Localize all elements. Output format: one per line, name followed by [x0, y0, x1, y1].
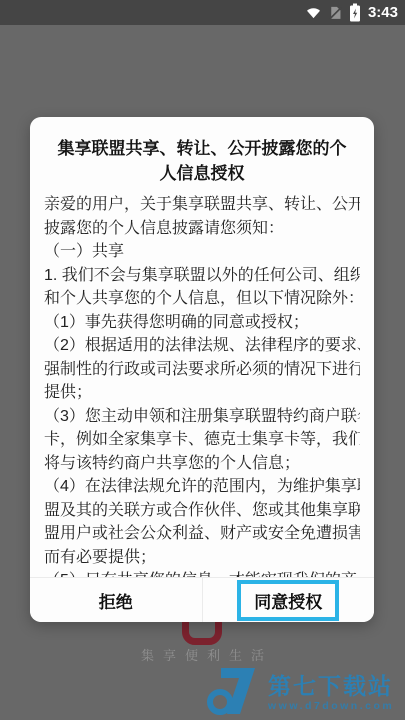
- status-bar: 3:43: [0, 0, 405, 25]
- agree-button[interactable]: 同意授权: [203, 578, 375, 622]
- dialog-body-text[interactable]: 亲爱的用户，关于集享联盟共享、转让、公开披露您的个人信息披露请您须知：（一）共享…: [30, 185, 374, 577]
- policy-text-line: 将与该特约商户共享您的个人信息；: [44, 452, 360, 476]
- policy-text-line: （4）在法律法规允许的范围内，为维护集享联: [44, 475, 360, 499]
- agree-button-label: 同意授权: [254, 588, 322, 613]
- privacy-consent-dialog: 集享联盟共享、转让、公开披露您的个人信息授权 亲爱的用户，关于集享联盟共享、转让…: [30, 117, 374, 622]
- policy-text-line: 强制性的行政或司法要求所必须的情况下进行: [44, 358, 360, 382]
- reject-button[interactable]: 拒绝: [30, 578, 203, 622]
- dialog-title: 集享联盟共享、转让、公开披露您的个人信息授权: [30, 117, 374, 186]
- policy-text-line: 亲爱的用户，关于集享联盟共享、转让、公开: [44, 193, 360, 217]
- policy-text-line: 盟用户或社会公众利益、财产或安全免遭损害: [44, 522, 360, 546]
- policy-text-line: （5）只有共享您的信息，才能实现我们的产: [44, 569, 360, 577]
- policy-text-line: 卡，例如全家集享卡、德克士集享卡等，我们: [44, 428, 360, 452]
- battery-charging-icon: [349, 3, 361, 22]
- dialog-button-bar: 拒绝 同意授权: [30, 577, 374, 622]
- watermark-site-name: 第七下载站: [268, 675, 394, 698]
- d7down-logo-icon: [205, 666, 261, 720]
- app-slogan: 集享便利生活: [0, 645, 405, 664]
- policy-text-line: 提供；: [44, 381, 360, 405]
- app-screen: 3:43 集享便利生活 第七下载站 www.d7down.com 集享联盟共享、…: [0, 0, 405, 720]
- wifi-icon: [305, 4, 322, 21]
- watermark: 第七下载站 www.d7down.com: [205, 666, 394, 720]
- policy-text-line: （3）您主动申领和注册集享联盟特约商户联名: [44, 405, 360, 429]
- agree-button-highlight-box[interactable]: 同意授权: [237, 580, 339, 621]
- reject-button-label: 拒绝: [99, 588, 133, 613]
- policy-text-line: 而有必要提供；: [44, 546, 360, 570]
- watermark-site-url: www.d7down.com: [268, 701, 394, 712]
- policy-text-line: 披露您的个人信息披露请您须知：: [44, 217, 360, 241]
- policy-text-line: （2）根据适用的法律法规、法律程序的要求、: [44, 334, 360, 358]
- status-time: 3:43: [368, 4, 398, 21]
- no-sim-icon: [327, 4, 344, 21]
- policy-text-line: 和个人共享您的个人信息，但以下情况除外：: [44, 287, 360, 311]
- policy-text-line: （1）事先获得您明确的同意或授权；: [44, 311, 360, 335]
- policy-text-line: （一）共享: [44, 240, 360, 264]
- policy-text-line: 1. 我们不会与集享联盟以外的任何公司、组织: [44, 264, 360, 288]
- policy-text-line: 盟及其的关联方或合作伙伴、您或其他集享联: [44, 499, 360, 523]
